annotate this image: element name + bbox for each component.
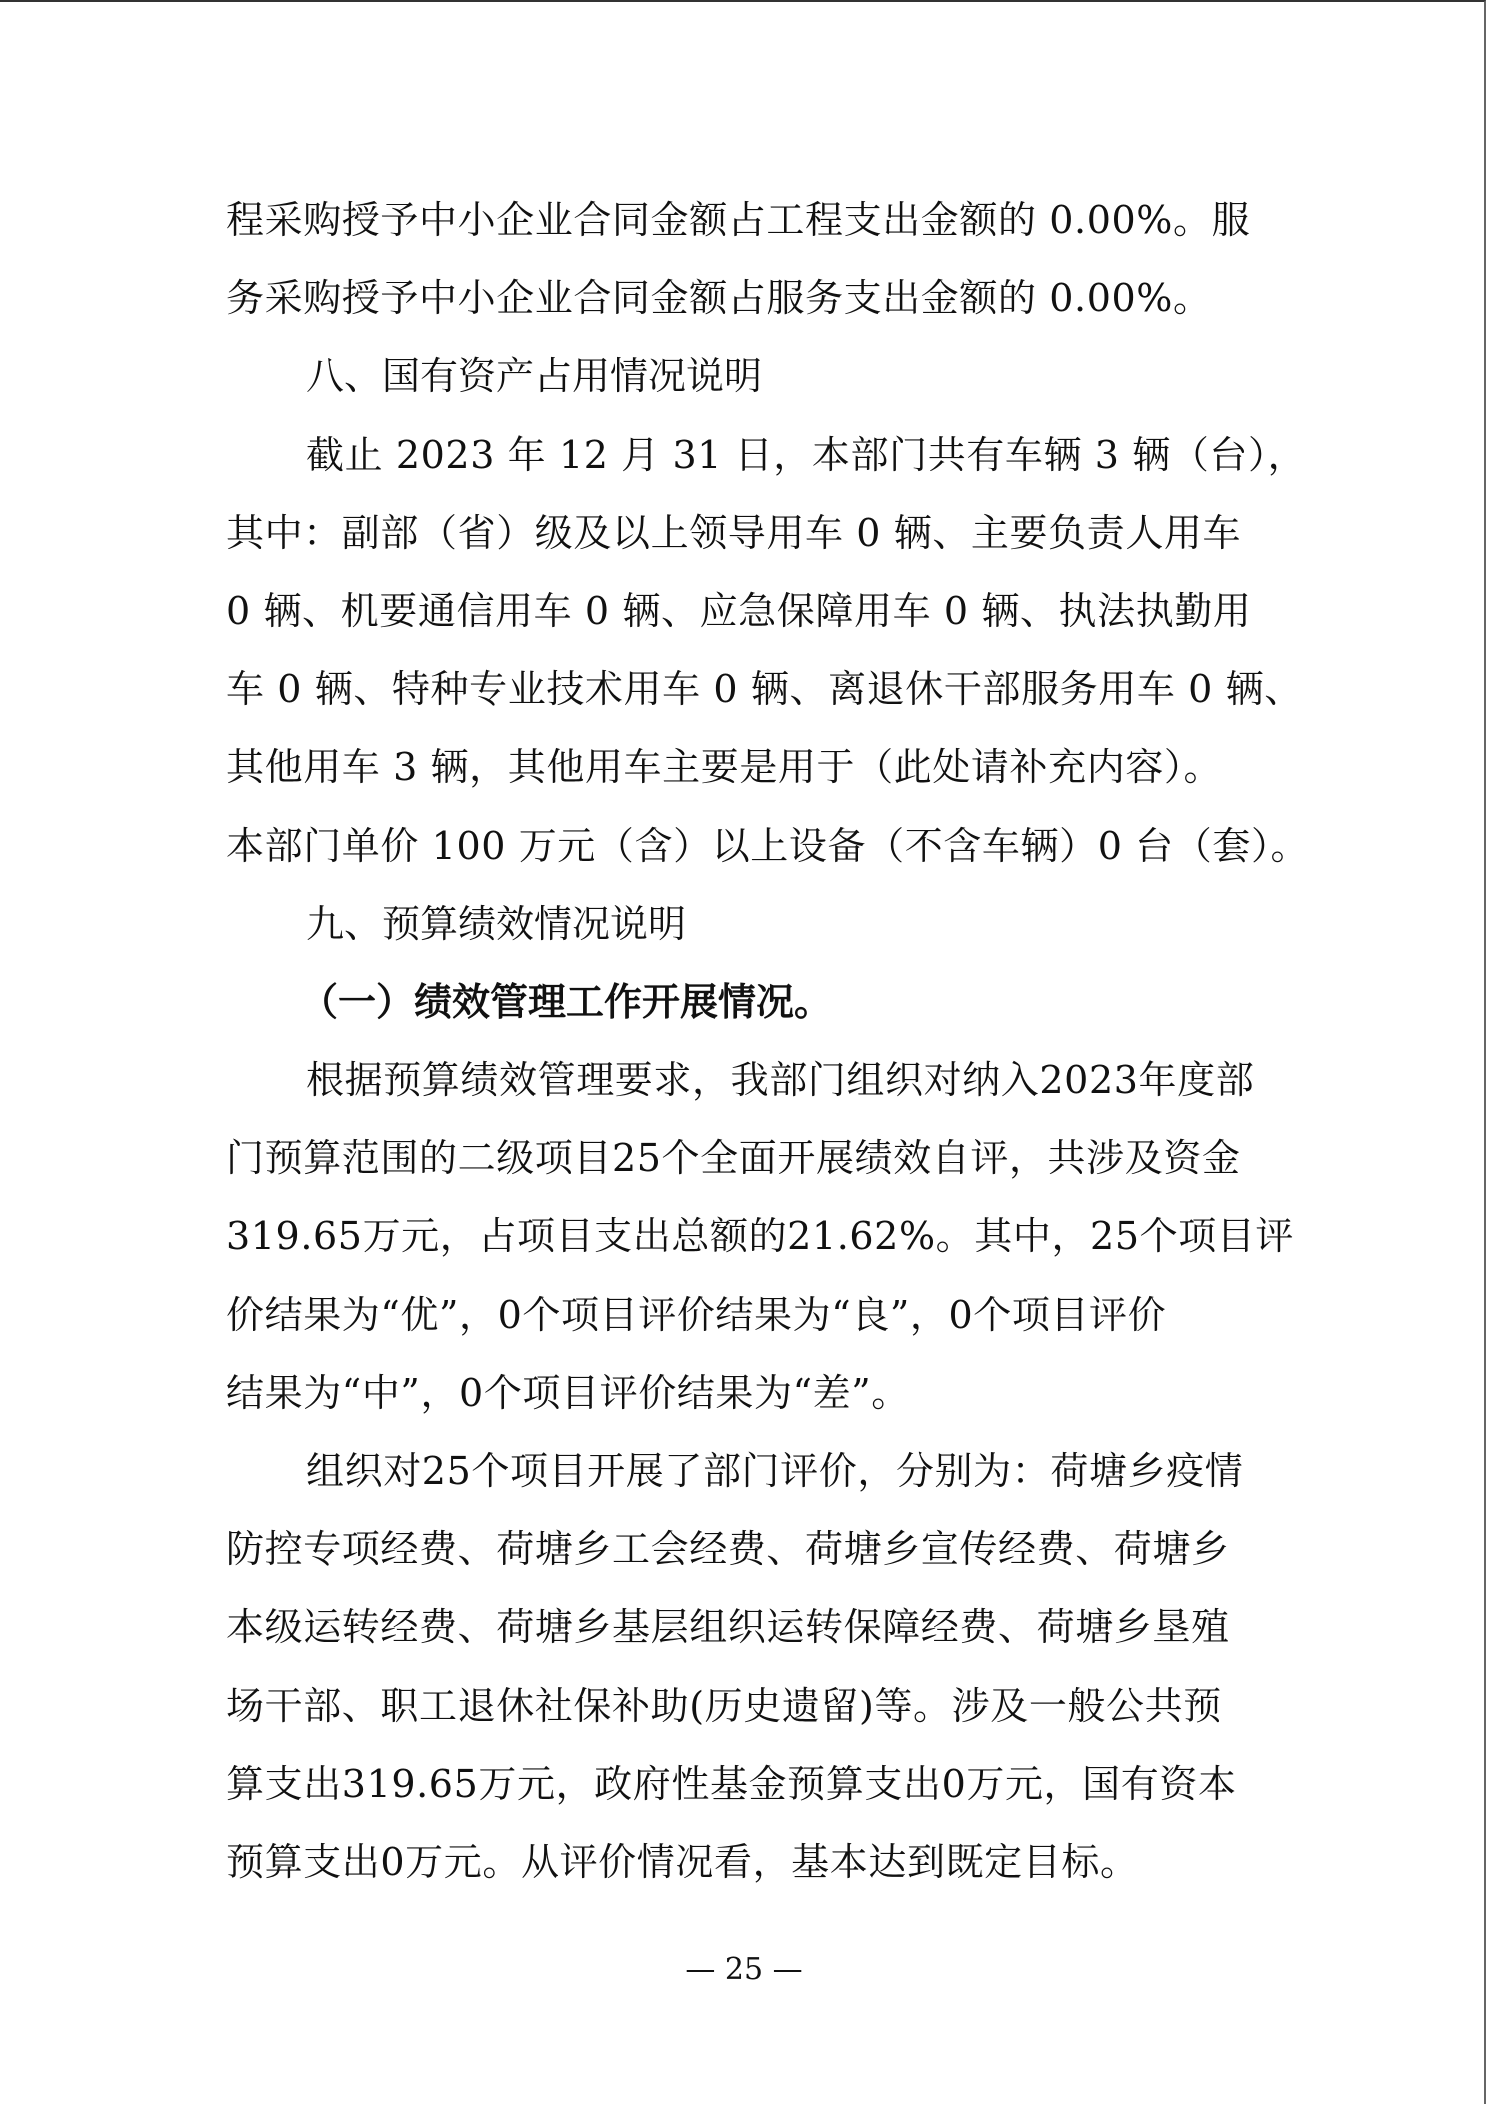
paragraph-vehicles-line-1: 截止 2023 年 12 月 31 日，本部门共有车辆 3 辆（台）， xyxy=(226,416,1266,494)
paragraph-procurement-line-2: 务采购授予中小企业合同金额占服务支出金额的 0.00%。 xyxy=(226,259,1266,337)
paragraph-department-evaluation-line-3: 本级运转经费、荷塘乡基层组织运转保障经费、荷塘乡垦殖 xyxy=(226,1588,1266,1666)
paragraph-vehicles-line-5: 其他用车 3 辆，其他用车主要是用于（此处请补充内容）。 xyxy=(226,728,1266,806)
paragraph-self-evaluation-line-3: 319.65万元，占项目支出总额的21.62%。其中，25个项目评 xyxy=(226,1197,1266,1275)
document-body: 程采购授予中小企业合同金额占工程支出金额的 0.00%。服 务采购授予中小企业合… xyxy=(226,181,1266,1901)
paragraph-department-evaluation-line-1: 组织对25个项目开展了部门评价，分别为：荷塘乡疫情 xyxy=(226,1432,1266,1510)
paragraph-procurement-line-1: 程采购授予中小企业合同金额占工程支出金额的 0.00%。服 xyxy=(226,181,1266,259)
paragraph-self-evaluation-line-2: 门预算范围的二级项目25个全面开展绩效自评，共涉及资金 xyxy=(226,1119,1266,1197)
paragraph-self-evaluation-line-1: 根据预算绩效管理要求，我部门组织对纳入2023年度部 xyxy=(226,1041,1266,1119)
paragraph-department-evaluation-line-6: 预算支出0万元。从评价情况看，基本达到既定目标。 xyxy=(226,1823,1266,1901)
paragraph-vehicles-line-4: 车 0 辆、特种专业技术用车 0 辆、离退休干部服务用车 0 辆、 xyxy=(226,650,1266,728)
paragraph-vehicles-line-6: 本部门单价 100 万元（含）以上设备（不含车辆）0 台（套）。 xyxy=(226,807,1266,885)
page-number: — 25 — xyxy=(0,1946,1488,1994)
subsection-heading-performance-management: （一）绩效管理工作开展情况。 xyxy=(226,963,1266,1041)
paragraph-self-evaluation-line-4: 价结果为“优”，0个项目评价结果为“良”，0个项目评价 xyxy=(226,1276,1266,1354)
paragraph-department-evaluation-line-5: 算支出319.65万元，政府性基金预算支出0万元，国有资本 xyxy=(226,1745,1266,1823)
paragraph-department-evaluation-line-4: 场干部、职工退休社保补助(历史遗留)等。涉及一般公共预 xyxy=(226,1667,1266,1745)
section-heading-state-assets: 八、国有资产占用情况说明 xyxy=(226,337,1266,415)
paragraph-self-evaluation-line-5: 结果为“中”，0个项目评价结果为“差”。 xyxy=(226,1354,1266,1432)
paragraph-vehicles-line-3: 0 辆、机要通信用车 0 辆、应急保障用车 0 辆、执法执勤用 xyxy=(226,572,1266,650)
document-page: 程采购授予中小企业合同金额占工程支出金额的 0.00%。服 务采购授予中小企业合… xyxy=(0,0,1486,2104)
section-heading-budget-performance: 九、预算绩效情况说明 xyxy=(226,885,1266,963)
paragraph-vehicles-line-2: 其中：副部（省）级及以上领导用车 0 辆、主要负责人用车 xyxy=(226,494,1266,572)
paragraph-department-evaluation-line-2: 防控专项经费、荷塘乡工会经费、荷塘乡宣传经费、荷塘乡 xyxy=(226,1510,1266,1588)
